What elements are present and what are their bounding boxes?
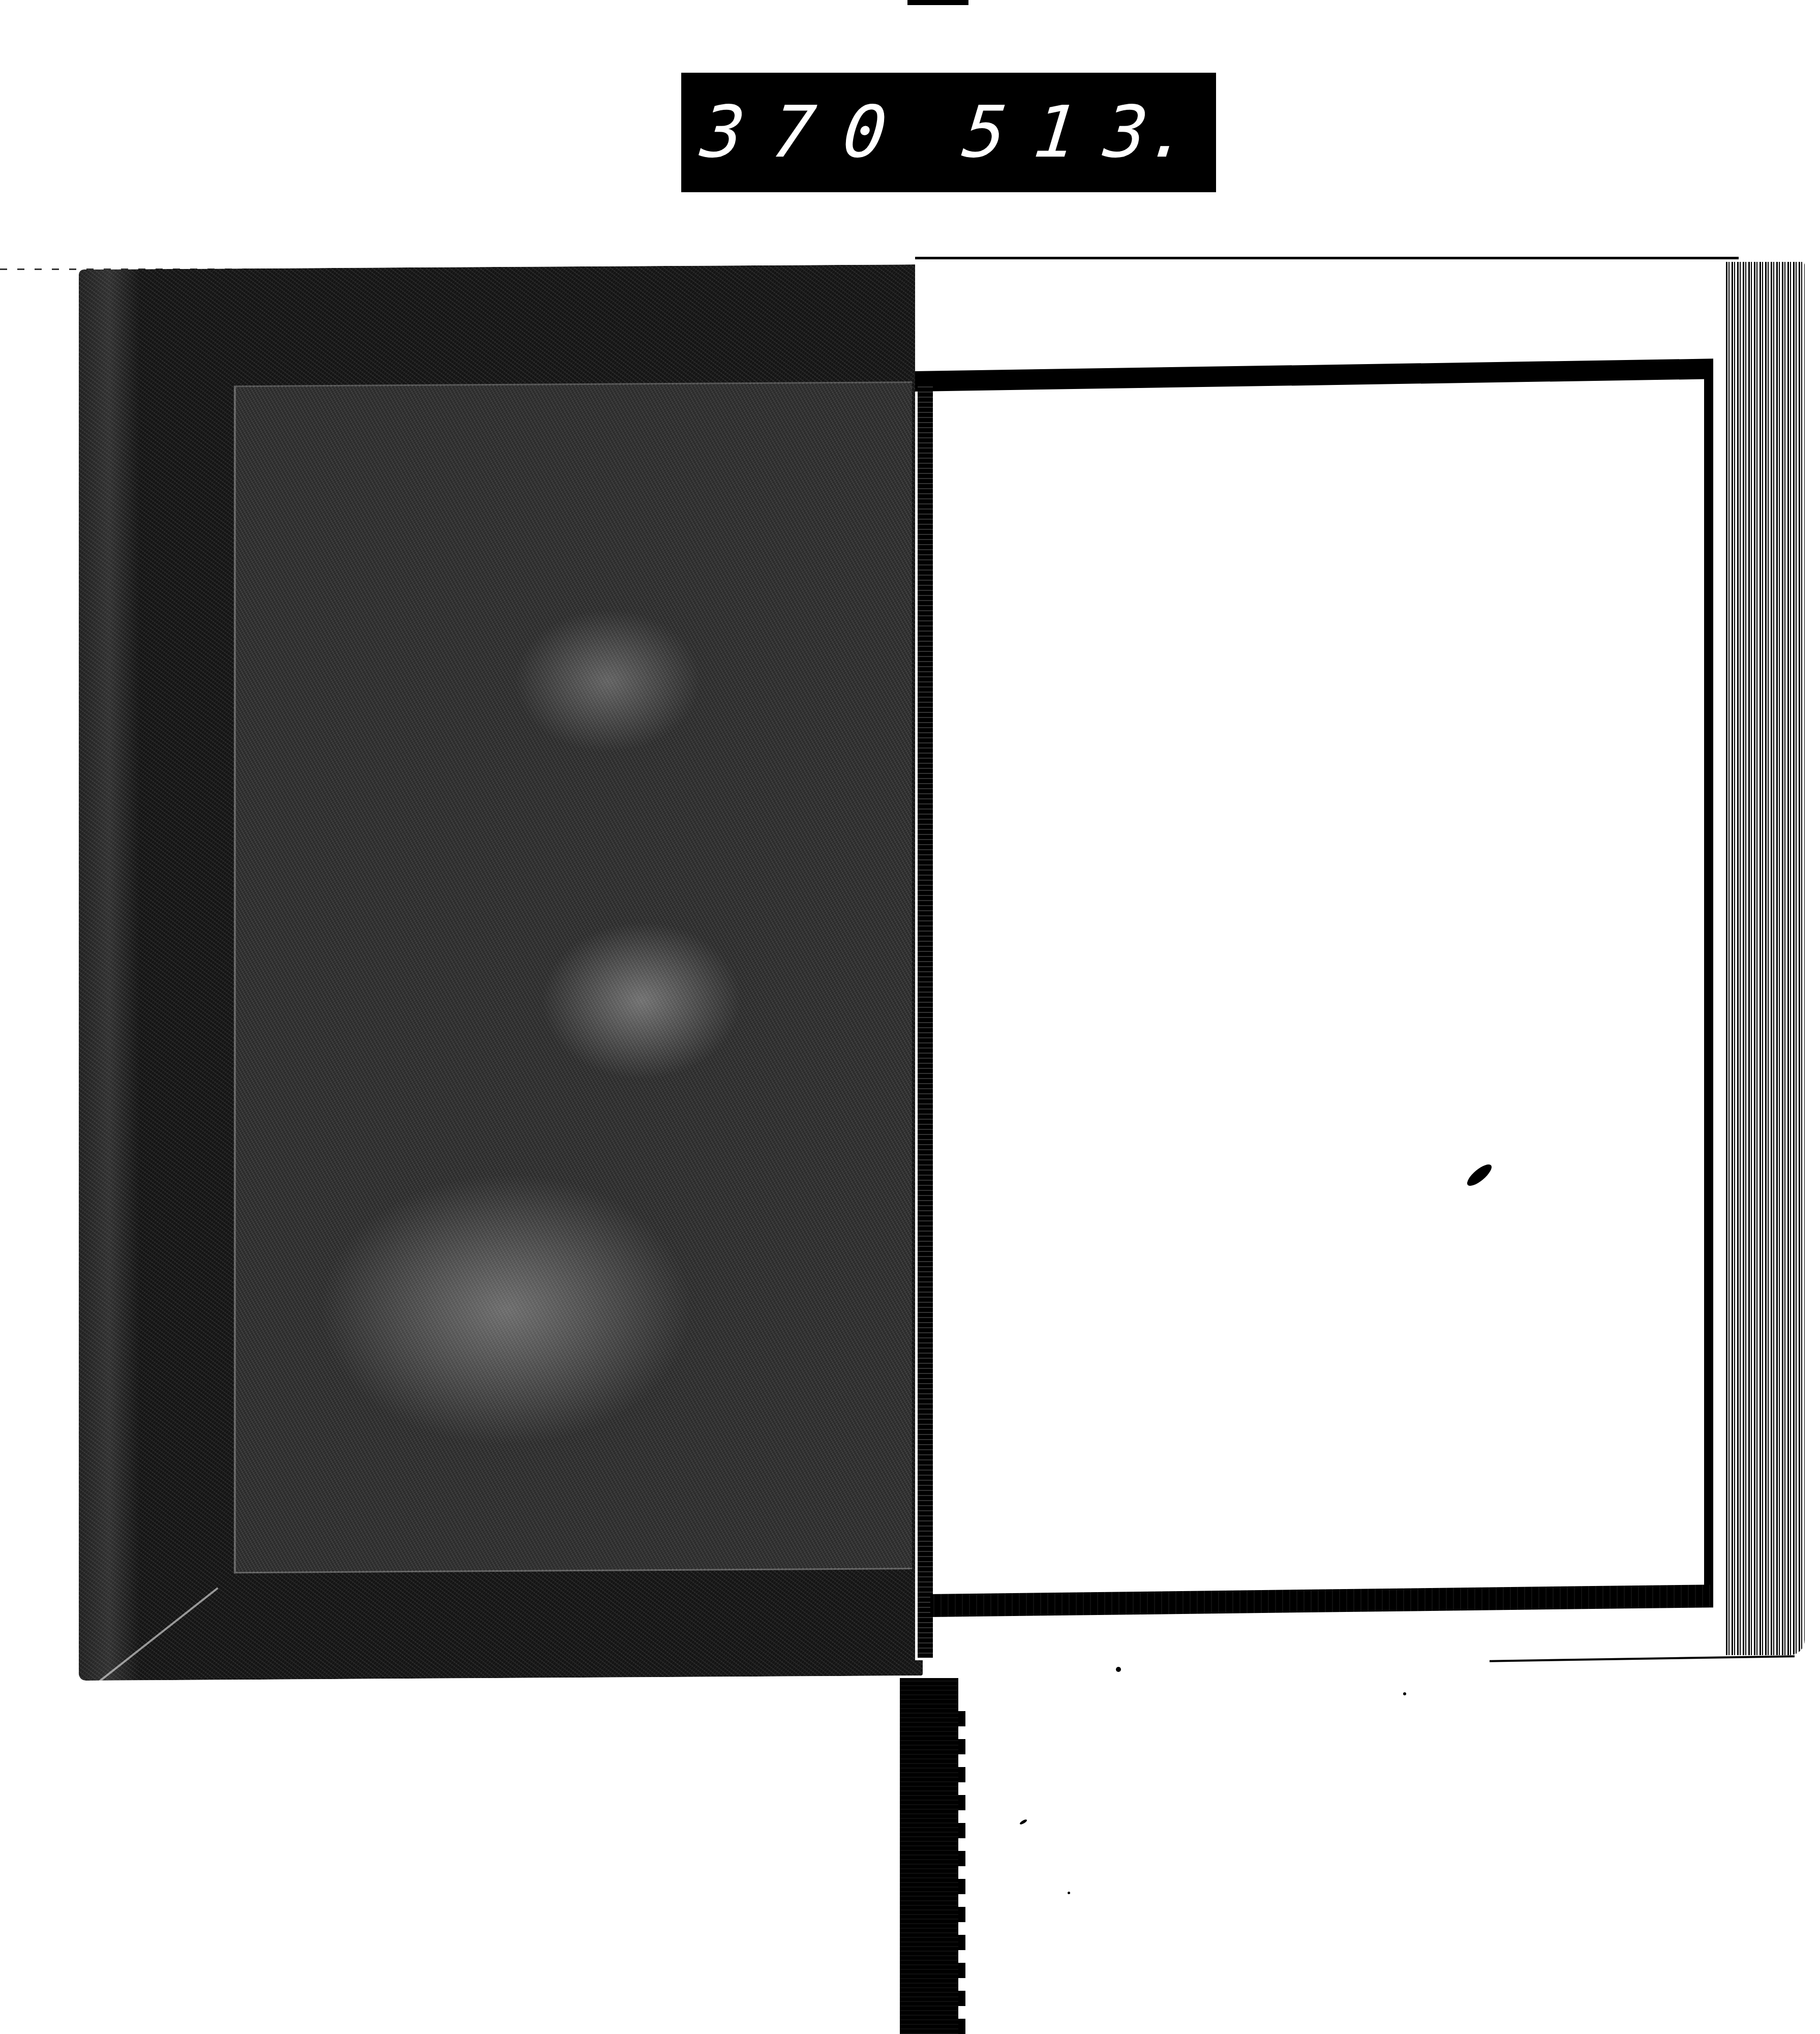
- dust-speck: [1068, 1892, 1070, 1894]
- label-digit: 0: [839, 97, 890, 168]
- blank-endpaper-page: [915, 257, 1739, 1660]
- dust-speck: [1116, 1667, 1121, 1672]
- top-tab-marker: [907, 0, 968, 5]
- label-right-number: 5 1 3.: [963, 97, 1191, 168]
- label-digit: 3: [698, 97, 748, 168]
- label-left-number: 3 7 0: [702, 97, 886, 168]
- book-gutter: [918, 386, 933, 1658]
- dust-speck: [1019, 1818, 1028, 1825]
- page-frame-right: [1704, 371, 1713, 1602]
- label-digit: 5: [959, 97, 1010, 168]
- cover-hinge: [79, 269, 140, 1681]
- cover-pastedown-panel: [234, 381, 912, 1573]
- label-digit: 7: [769, 97, 819, 168]
- label-digit: 1: [1030, 97, 1081, 168]
- accession-number-label: 3 7 0 5 1 3.: [681, 73, 1216, 192]
- page-stack-fore-edge: [1726, 262, 1805, 1655]
- dust-speck: [1403, 1692, 1406, 1695]
- book-cover-inside: [79, 264, 923, 1681]
- strip-torn-edge: [958, 1709, 965, 2034]
- label-digit: 3.: [1101, 97, 1194, 168]
- spine-bookmark-strip: [900, 1678, 958, 2034]
